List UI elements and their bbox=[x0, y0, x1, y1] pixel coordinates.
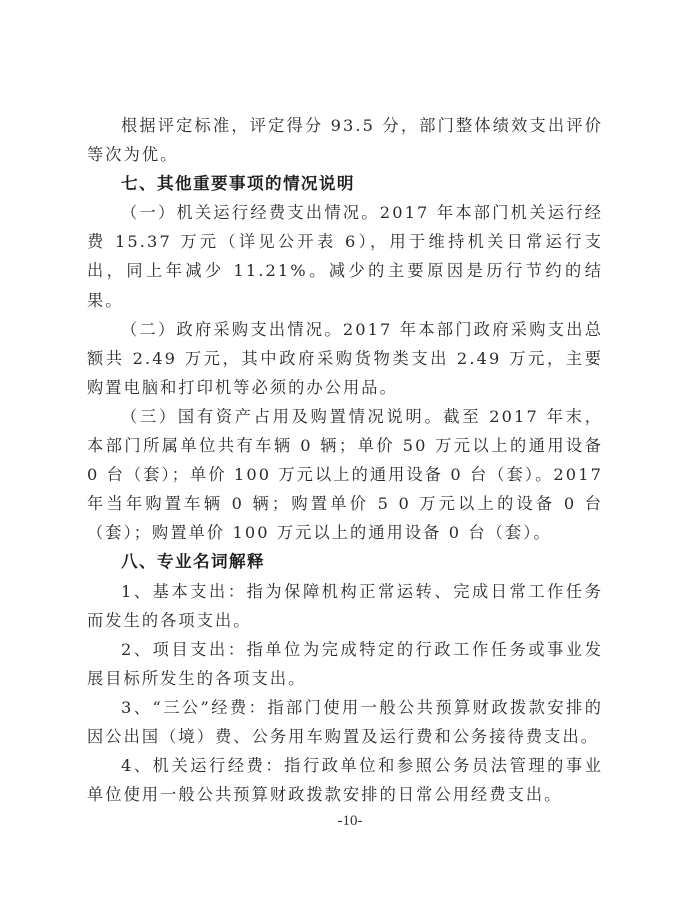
page-number: -10- bbox=[0, 813, 700, 830]
paragraph-state-assets: （三）国有资产占用及购置情况说明。截至 2017 年末，本部门所属单位共有车辆 … bbox=[87, 402, 603, 547]
glossary-item-basic-expenditure: 1、基本支出：指为保障机构正常运转、完成日常工作任务而发生的各项支出。 bbox=[87, 577, 603, 635]
glossary-item-project-expenditure: 2、项目支出：指单位为完成特定的行政工作任务或事业发展目标所发生的各项支出。 bbox=[87, 635, 603, 693]
paragraph-government-procurement: （二）政府采购支出情况。2017 年本部门政府采购支出总额共 2.49 万元，其… bbox=[87, 315, 603, 402]
paragraph-operating-expenses: （一）机关运行经费支出情况。2017 年本部门机关运行经费 15.37 万元（详… bbox=[87, 198, 603, 314]
section-heading-glossary: 八、专业名词解释 bbox=[87, 547, 603, 576]
section-heading-other-matters: 七、其他重要事项的情况说明 bbox=[87, 169, 603, 198]
glossary-item-operating-expenses: 4、机关运行经费：指行政单位和参照公务员法管理的事业单位使用一般公共预算财政拨款… bbox=[87, 751, 603, 809]
glossary-item-three-public-expenses: 3、“三公”经费：指部门使用一般公共预算财政拨款安排的因公出国（境）费、公务用车… bbox=[87, 693, 603, 751]
document-page: 根据评定标准，评定得分 93.5 分，部门整体绩效支出评价等次为优。 七、其他重… bbox=[87, 111, 603, 809]
paragraph-evaluation-result: 根据评定标准，评定得分 93.5 分，部门整体绩效支出评价等次为优。 bbox=[87, 111, 603, 169]
